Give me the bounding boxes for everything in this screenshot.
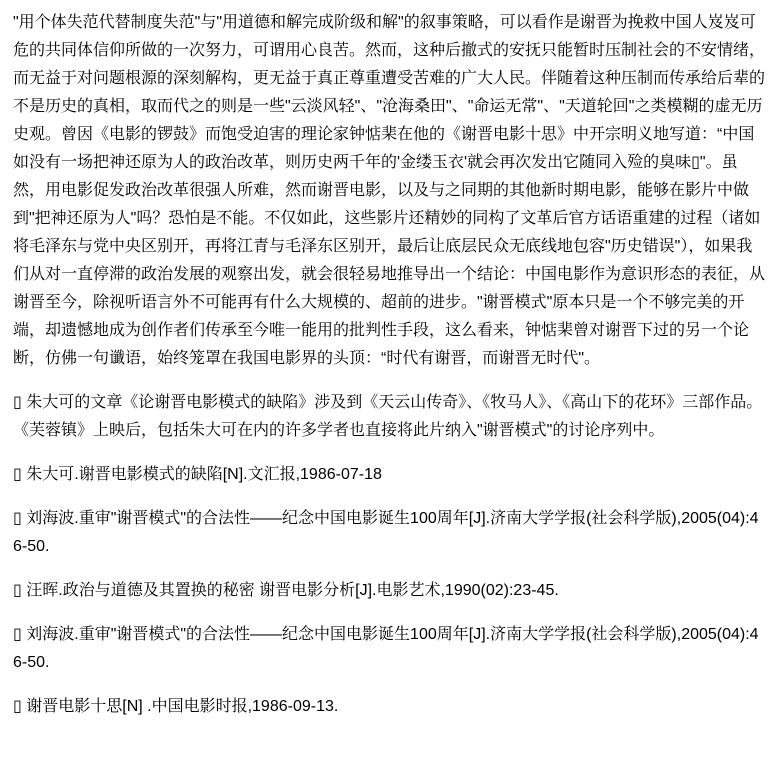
reference-entry-3: ▯ 汪晖.政治与道德及其置换的秘密 谢晋电影分析[J].电影艺术,1990(02… (13, 577, 766, 605)
article-page: "用个体失范代替制度失范"与"用道德和解完成阶级和解"的叙事策略，可以看作是谢晋… (0, 0, 779, 771)
essay-paragraph: "用个体失范代替制度失范"与"用道德和解完成阶级和解"的叙事策略，可以看作是谢晋… (13, 9, 766, 373)
reference-entry-1: ▯ 朱大可.谢晋电影模式的缺陷[N].文汇报,1986-07-18 (13, 461, 766, 489)
footnote-paragraph: ▯ 朱大可的文章《论谢晋电影模式的缺陷》涉及到《天云山传奇》、《牧马人》、《高山… (13, 389, 766, 445)
reference-entry-5: ▯ 谢晋电影十思[N] .中国电影时报,1986-09-13. (13, 693, 766, 721)
reference-entry-4: ▯ 刘海波.重审"谢晋模式"的合法性——纪念中国电影诞生100周年[J].济南大… (13, 621, 766, 677)
reference-entry-2: ▯ 刘海波.重审"谢晋模式"的合法性——纪念中国电影诞生100周年[J].济南大… (13, 505, 766, 561)
